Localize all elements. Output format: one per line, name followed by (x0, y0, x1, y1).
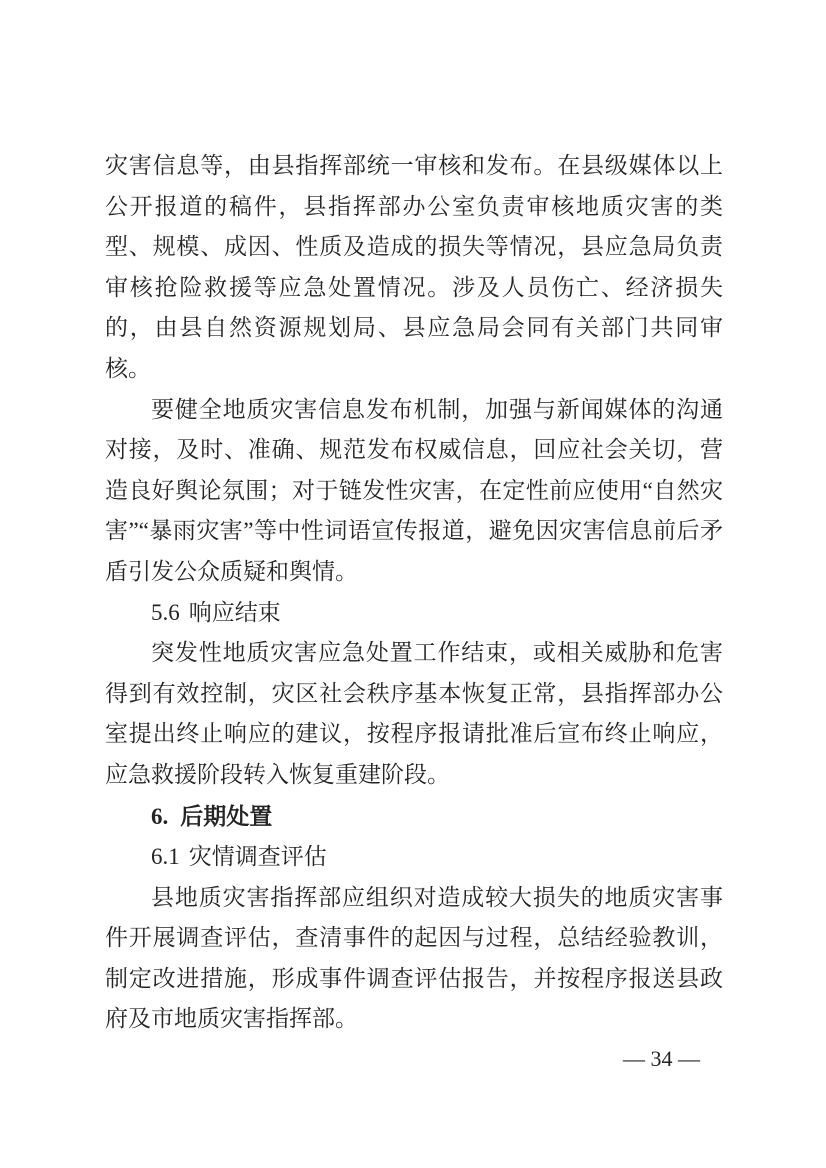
document-page: 灾害信息等，由县指挥部统一审核和发布。在县级媒体以上公开报道的稿件，县指挥部办公… (0, 0, 826, 1168)
section-number: 5.6 (151, 600, 180, 625)
paragraph-info-review: 灾害信息等，由县指挥部统一审核和发布。在县级媒体以上公开报道的稿件，县指挥部办公… (105, 146, 723, 390)
page-number: — 34 — (623, 1046, 700, 1072)
section-title: 响应结束 (189, 600, 281, 625)
section-number: 6.1 (151, 844, 180, 869)
paragraph-response-end: 突发性地质灾害应急处置工作结束，或相关威胁和危害得到有效控制，灾区社会秩序基本恢… (105, 633, 723, 795)
section-title: 后期处置 (180, 803, 272, 829)
document-body: 灾害信息等，由县指挥部统一审核和发布。在县级媒体以上公开报道的稿件，县指挥部办公… (105, 146, 723, 1040)
section-heading-5-6: 5.6响应结束 (105, 593, 723, 634)
section-title: 灾情调查评估 (189, 844, 327, 869)
section-heading-6-1: 6.1灾情调查评估 (105, 837, 723, 878)
paragraph-info-release-mechanism: 要健全地质灾害信息发布机制，加强与新闻媒体的沟通对接，及时、准确、规范发布权威信… (105, 390, 723, 593)
section-heading-6: 6.后期处置 (105, 796, 723, 838)
section-number: 6. (151, 804, 168, 829)
paragraph-investigation-evaluation: 县地质灾害指挥部应组织对造成较大损失的地质灾害事件开展调查评估，查清事件的起因与… (105, 878, 723, 1040)
